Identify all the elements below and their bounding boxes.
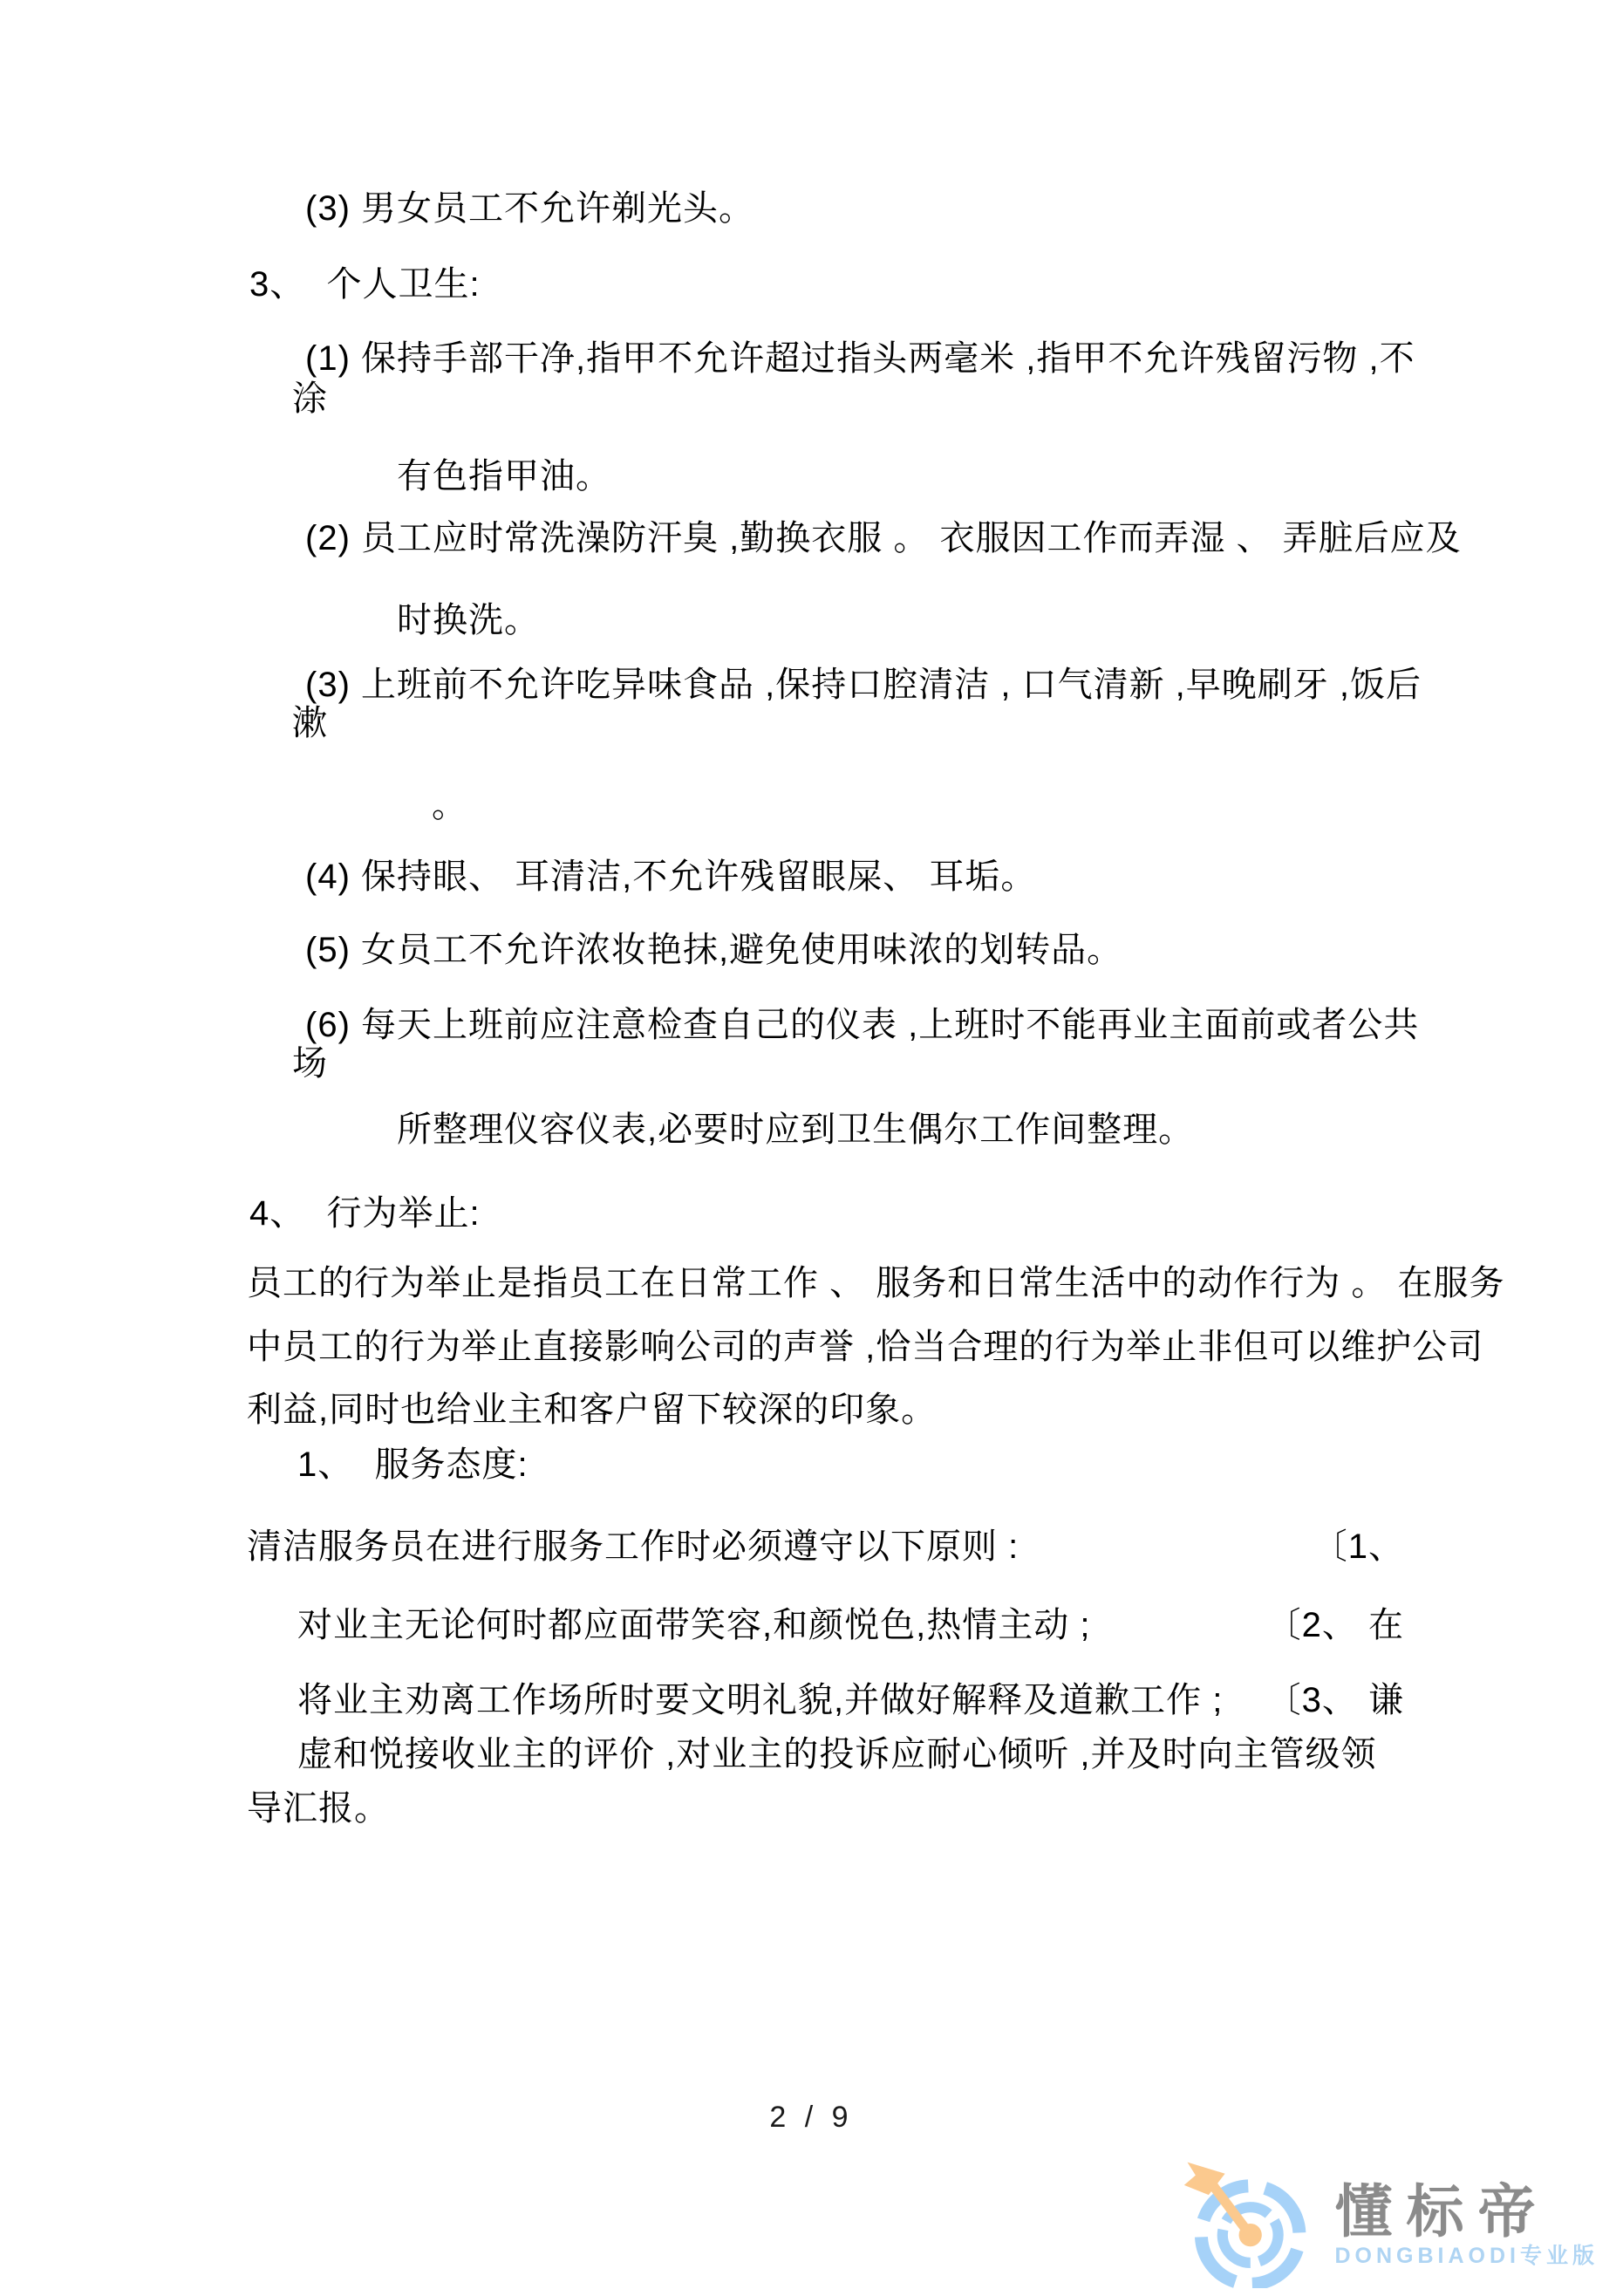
page-number: 2 / 9 — [0, 2101, 1623, 2135]
watermark-logo: 懂标帝 DONGBIAODI专业版 — [1181, 2157, 1599, 2293]
line-tail: 〔3、 谦 — [1266, 1680, 1404, 1720]
watermark-subtext: DONGBIAODI专业版 — [1334, 2245, 1599, 2267]
paragraph-line: 导汇报。 — [247, 1788, 390, 1828]
paragraph-line: 对业主无论何时都应面带笑容,和颜悦色,热情主动 ; 〔2、 在 — [297, 1605, 1404, 1645]
line-text: 清洁服务员在进行服务工作时必须遵守以下原则 : — [247, 1527, 1019, 1567]
line-tail: 〔1、 — [1313, 1527, 1404, 1567]
list-item: (1) 保持手部干净,指甲不允许超过指头两毫米 ,指甲不允许残留污物 ,不 — [305, 338, 1415, 379]
line-text: 对业主无论何时都应面带笑容,和颜悦色,热情主动 ; — [297, 1605, 1090, 1645]
paragraph-line: 虚和悦接收业主的评价 ,对业主的投诉应耐心倾听 ,并及时向主管级领 — [297, 1734, 1376, 1774]
continuation-line: 时换洗。 — [397, 600, 540, 640]
watermark-brand: 懂标帝 — [1334, 2183, 1599, 2240]
section-heading: 3、 个人卫生: — [249, 264, 481, 304]
list-item: (2) 员工应时常洗澡防汗臭 ,勤换衣服 。 衣服因工作而弄湿 、 弄脏后应及 — [305, 518, 1462, 558]
continuation-line: 。 — [432, 785, 467, 825]
section-heading: 1、 服务态度: — [297, 1445, 528, 1485]
list-item: (4) 保持眼、 耳清洁,不允许残留眼屎、 耳垢。 — [305, 857, 1036, 897]
hanging-char: 漱 — [292, 703, 328, 743]
hanging-char: 场 — [292, 1043, 328, 1083]
continuation-line: 所整理仪容仪表,必要时应到卫生偶尔工作间整理。 — [397, 1110, 1194, 1150]
list-item: (3) 上班前不允许吃异味食品 ,保持口腔清洁 , 口气清新 ,早晚刷牙 ,饭后 — [305, 665, 1422, 705]
list-item: (3) 男女员工不允许剃光头。 — [305, 188, 754, 229]
watermark-text: 懂标帝 DONGBIAODI专业版 — [1334, 2183, 1599, 2267]
document-page: (3) 男女员工不允许剃光头。 3、 个人卫生: (1) 保持手部干净,指甲不允… — [0, 0, 1623, 2296]
line-text: 将业主劝离工作场所时要文明礼貌,并做好解释及道歉工作 ; — [297, 1680, 1223, 1720]
continuation-line: 有色指甲油。 — [397, 456, 611, 496]
paragraph-line: 利益,同时也给业主和客户留下较深的印象。 — [247, 1390, 937, 1430]
target-dart-icon — [1181, 2157, 1312, 2293]
paragraph-line: 员工的行为举止是指员工在日常工作 、 服务和日常生活中的动作行为 。 在服务 — [247, 1263, 1504, 1303]
list-item: (5) 女员工不允许浓妆艳抹,避免使用味浓的划转品。 — [305, 930, 1122, 970]
paragraph-line: 将业主劝离工作场所时要文明礼貌,并做好解释及道歉工作 ; 〔3、 谦 — [297, 1680, 1404, 1720]
section-heading: 4、 行为举止: — [249, 1193, 481, 1233]
paragraph-line: 中员工的行为举止直接影响公司的声誉 ,恰当合理的行为举止非但可以维护公司 — [247, 1327, 1483, 1367]
line-tail: 〔2、 在 — [1266, 1605, 1404, 1645]
hanging-char: 涂 — [292, 379, 328, 419]
list-item: (6) 每天上班前应注意检查自己的仪表 ,上班时不能再业主面前或者公共 — [305, 1005, 1419, 1045]
paragraph-line: 清洁服务员在进行服务工作时必须遵守以下原则 : 〔1、 — [247, 1527, 1404, 1567]
